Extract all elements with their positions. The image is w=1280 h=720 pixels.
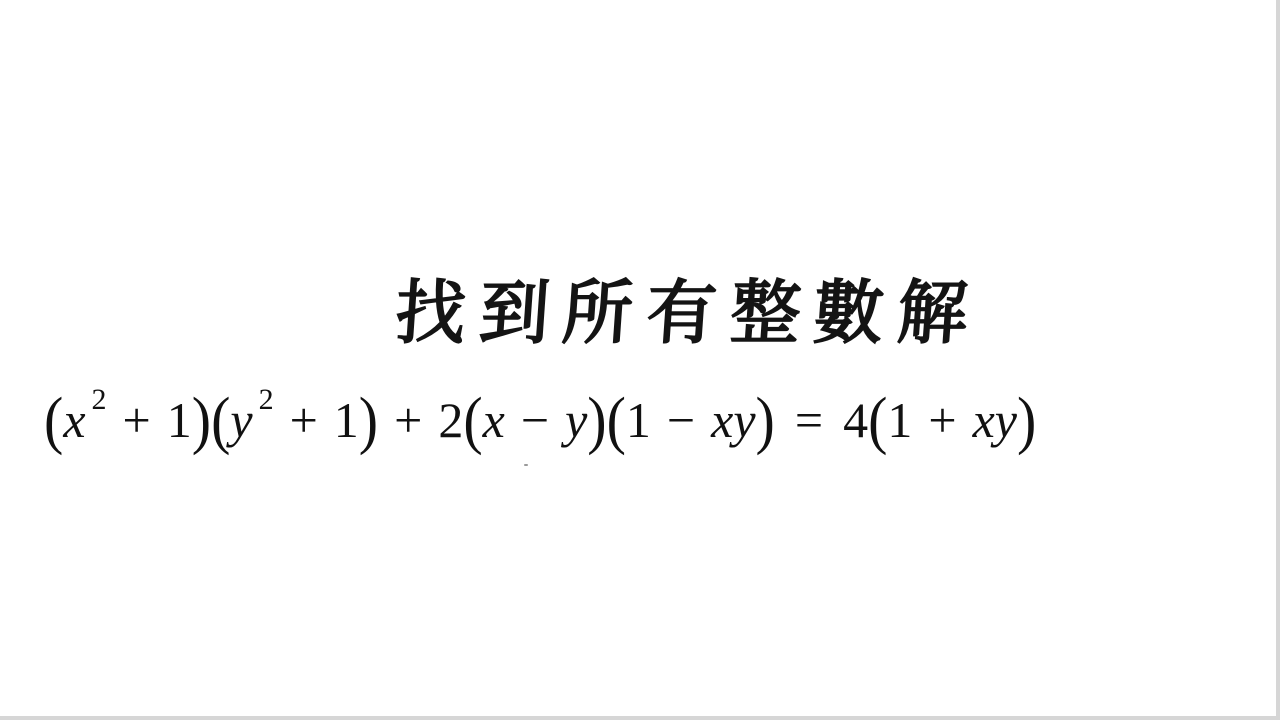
slide-page: 找 到 所 有 整 數 解 ( x 2 + 1 ) ( y 2 + 1 ) + … xyxy=(0,0,1280,720)
paren-close: ) xyxy=(359,380,378,461)
var-x: x xyxy=(711,384,733,456)
equals-sign: = xyxy=(795,384,823,456)
title-char: 有 xyxy=(639,257,724,358)
stray-mark xyxy=(524,464,528,466)
number: 1 xyxy=(167,384,192,456)
var-y: y xyxy=(733,384,755,456)
minus-sign: − xyxy=(667,384,695,456)
var-x: x xyxy=(63,384,85,456)
plus-sign: + xyxy=(290,384,318,456)
paren-close: ) xyxy=(587,380,606,461)
exponent: 2 xyxy=(92,364,107,436)
title-char: 數 xyxy=(807,257,892,358)
title-char: 找 xyxy=(388,257,473,358)
title-char: 到 xyxy=(472,257,557,358)
number: 4 xyxy=(843,384,868,456)
title-char: 所 xyxy=(556,257,641,358)
number: 2 xyxy=(438,384,463,456)
minus-sign: − xyxy=(521,384,549,456)
paren-open: ( xyxy=(868,380,887,461)
paren-close: ) xyxy=(1017,380,1036,461)
problem-equation: ( x 2 + 1 ) ( y 2 + 1 ) + 2 ( x − y ) ( … xyxy=(44,384,1224,456)
exponent: 2 xyxy=(259,364,274,436)
paren-close: ) xyxy=(756,380,775,461)
paren-open: ( xyxy=(44,380,63,461)
paren-open: ( xyxy=(463,380,482,461)
problem-title: 找 到 所 有 整 數 解 xyxy=(392,262,972,352)
plus-sign: + xyxy=(394,384,422,456)
paren-open: ( xyxy=(607,380,626,461)
plus-sign: + xyxy=(123,384,151,456)
number: 1 xyxy=(887,384,912,456)
paren-close: ) xyxy=(192,380,211,461)
var-x: x xyxy=(483,384,505,456)
title-char: 解 xyxy=(890,257,975,358)
var-y: y xyxy=(995,384,1017,456)
title-char: 整 xyxy=(723,257,808,358)
var-y: y xyxy=(565,384,587,456)
var-y: y xyxy=(230,384,252,456)
var-x: x xyxy=(973,384,995,456)
plus-sign: + xyxy=(928,384,956,456)
number: 1 xyxy=(626,384,651,456)
paren-open: ( xyxy=(211,380,230,461)
number: 1 xyxy=(334,384,359,456)
